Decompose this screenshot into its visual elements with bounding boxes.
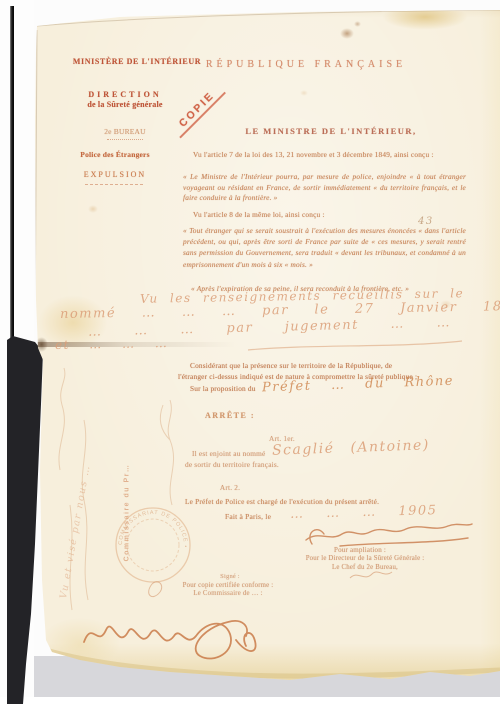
scanner-margin-bottom <box>0 697 500 707</box>
fait-a-paris: Fait à Paris, le <box>225 512 271 522</box>
article1-text2: de sortir du territoire français. <box>185 460 279 470</box>
letterhead-direction: DIRECTION <box>50 90 200 100</box>
paper-stain <box>88 205 98 213</box>
fait-handwritten-date: … … … 1905 <box>290 503 438 522</box>
arrete-heading: ARRÊTE : <box>205 411 255 421</box>
decree-para1: Vu l'article 7 de la loi des 13, 21 nove… <box>183 150 466 160</box>
scan-black-strip-top <box>10 6 14 342</box>
margin-scrawls <box>59 368 174 610</box>
scanned-expulsion-document: MINISTÈRE DE L'INTÉRIEUR DIRECTION de la… <box>0 0 500 707</box>
chef-bureau-label: Le Chef du 2e Bureau, <box>295 563 435 573</box>
article1-text: Il est enjoint au nommé <box>192 449 266 459</box>
paper-stain <box>340 28 354 39</box>
vertical-stamp-text: Commissaire du Pr… <box>124 448 131 578</box>
document-page: MINISTÈRE DE L'INTÉRIEUR DIRECTION de la… <box>0 0 500 707</box>
decree-quote1: « Le Ministre de l'Intérieur pourra, par… <box>183 172 466 204</box>
letterhead-expulsion: EXPULSION <box>45 170 185 180</box>
paper-stain <box>300 90 308 96</box>
letterhead-direction-sub: de la Sûreté générale <box>50 100 200 110</box>
letterhead-republic: RÉPUBLIQUE FRANÇAISE <box>190 60 422 70</box>
considerant-line1: Considérant que la présence sur le terri… <box>190 361 466 371</box>
scan-black-strip-bottom <box>5 334 45 704</box>
copy-block-flourish <box>149 582 162 597</box>
commissaire-label: Le Commissaire de … : <box>168 589 288 599</box>
letterhead-police: Police des Étrangers <box>40 150 190 160</box>
decree-title: LE MINISTRE DE L'INTÉRIEUR, <box>200 126 462 136</box>
handwritten-line: et … … … <box>55 336 169 352</box>
handwriting-flourish <box>248 341 462 350</box>
decree-quote2: « Tout étranger qui se serait soustrait … <box>183 225 466 270</box>
paper-stain <box>354 21 361 27</box>
rule-under-expulsion <box>85 184 143 185</box>
margin-handwritten-vertical: Vu et visé par nous … <box>58 479 90 599</box>
article2-label: Art. 2. <box>205 483 255 493</box>
page-left-edge <box>35 30 37 340</box>
proposition-label: Sur la proposition du <box>190 384 256 394</box>
paper-stain <box>382 4 468 30</box>
margin-note: 43 <box>418 216 434 227</box>
rule-under-bureau <box>107 139 143 140</box>
minister-signature <box>306 524 472 546</box>
